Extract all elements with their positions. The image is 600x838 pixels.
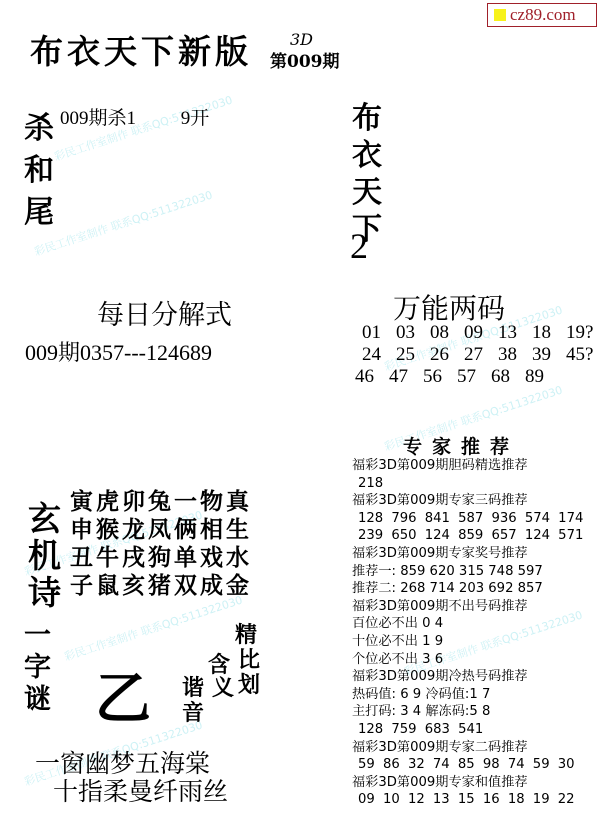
code: 39 — [532, 344, 566, 366]
two-codes-row: 46 47 56 57 68 89 — [355, 366, 600, 388]
vertical-number: 2 — [350, 225, 368, 267]
code: 56 — [423, 366, 457, 388]
code: 24 — [362, 344, 396, 366]
expert-line: 推荐一: 859 620 315 748 597 — [352, 563, 583, 581]
expert-line: 福彩3D第009期胆码精选推荐 — [352, 457, 583, 475]
riddle-hint: 音 — [182, 696, 204, 727]
expert-line: 热码值: 6 9 冷码值:1 7 — [352, 686, 583, 704]
poem-line: 十指柔曼纤雨丝 — [53, 778, 228, 806]
expert-line: 128 796 841 587 936 574 174 — [352, 510, 583, 528]
expert-line: 主打码: 3 4 解冻码:5 8 — [352, 703, 583, 721]
expert-list: 福彩3D第009期胆码精选推荐 218 福彩3D第009期专家三码推荐 128 … — [352, 457, 583, 809]
kill-label-char: 杀 — [24, 108, 60, 150]
code: 47 — [389, 366, 423, 388]
kill-line: 009期杀1 9开 — [60, 103, 249, 130]
two-codes-title: 万能两码 — [393, 287, 505, 327]
poem-line: 一窗幽梦五海棠 — [35, 750, 228, 778]
code: 03 — [396, 322, 430, 344]
code: 38 — [498, 344, 532, 366]
title-issue: 第009期 — [270, 47, 340, 72]
riddle-label-char: 谜 — [24, 684, 60, 716]
yellow-square-icon — [494, 9, 506, 21]
expert-line: 百位必不出 0 4 — [352, 615, 583, 633]
riddle-label-char: 一 — [24, 620, 60, 652]
vertical-title-char: 布 — [347, 100, 387, 137]
expert-line: 239 650 124 859 657 124 571 — [352, 527, 583, 545]
mystic-label-char: 玄 — [28, 500, 68, 537]
code: 01 — [362, 322, 396, 344]
mystic-poem-label: 玄 机 诗 — [28, 500, 68, 611]
expert-line: 福彩3D第009期专家奖号推荐 — [352, 545, 583, 563]
expert-line: 福彩3D第009期冷热号码推荐 — [352, 668, 583, 686]
page-title: 布衣天下新版 — [30, 26, 252, 73]
two-codes-grid: 01 03 08 09 13 18 19? 24 25 26 27 38 39 … — [362, 322, 600, 388]
expert-line: 个位必不出 3 6 — [352, 651, 583, 669]
daily-title: 每日分解式 — [97, 293, 232, 332]
expert-line: 128 759 683 541 — [352, 721, 583, 739]
expert-line: 59 86 32 74 85 98 74 59 30 — [352, 756, 583, 774]
code: 27 — [464, 344, 498, 366]
vertical-title-char: 天 — [347, 174, 387, 211]
code: 13 — [498, 322, 532, 344]
code: 46 — [355, 366, 389, 388]
daily-line: 009期0357---124689 — [25, 336, 212, 367]
expert-line: 福彩3D第009期不出号码推荐 — [352, 598, 583, 616]
mystic-poem-row: 申猴龙凤俩相生 — [70, 516, 252, 544]
riddle-label: 一 字 谜 — [24, 620, 60, 716]
code: 57 — [457, 366, 491, 388]
site-badge-text: cz89.com — [510, 5, 576, 25]
mystic-poem-row: 子鼠亥猪双成金 — [70, 572, 252, 600]
kill-label-char: 和 — [24, 150, 60, 192]
code: 89 — [525, 366, 559, 388]
expert-line: 福彩3D第009期专家和值推荐 — [352, 774, 583, 792]
riddle-character: 乙 — [95, 655, 151, 735]
code: 45? — [566, 344, 600, 366]
expert-line: 福彩3D第009期专家二码推荐 — [352, 739, 583, 757]
mystic-label-char: 诗 — [28, 574, 68, 611]
site-badge[interactable]: cz89.com — [487, 3, 597, 27]
mystic-poem-row: 丑牛戌狗单戏水 — [70, 544, 252, 572]
kill-vertical-label: 杀 和 尾 — [24, 108, 60, 234]
expert-line: 218 — [352, 475, 583, 493]
expert-line: 十位必不出 1 9 — [352, 633, 583, 651]
expert-line: 09 10 12 13 15 16 18 19 22 — [352, 791, 583, 809]
kill-issue: 009期杀1 — [60, 108, 136, 129]
riddle-hint: 划 — [238, 668, 260, 699]
mystic-poem-text: 寅虎卯兔一物真 申猴龙凤俩相生 丑牛戌狗单戏水 子鼠亥猪双成金 — [70, 488, 252, 600]
code: 19? — [566, 322, 600, 344]
mystic-label-char: 机 — [28, 537, 68, 574]
vertical-title-char: 衣 — [347, 137, 387, 174]
mystic-poem-row: 寅虎卯兔一物真 — [70, 488, 252, 516]
code: 26 — [430, 344, 464, 366]
expert-line: 推荐二: 268 714 203 692 857 — [352, 580, 583, 598]
code: 18 — [532, 322, 566, 344]
poem: 一窗幽梦五海棠 十指柔曼纤雨丝 — [35, 750, 228, 806]
kill-open: 9开 — [181, 108, 210, 129]
code: 68 — [491, 366, 525, 388]
code: 09 — [464, 322, 498, 344]
two-codes-row: 01 03 08 09 13 18 19? — [362, 322, 600, 344]
kill-label-char: 尾 — [24, 192, 60, 234]
two-codes-row: 24 25 26 27 38 39 45? — [362, 344, 600, 366]
expert-title: 专家推荐 — [403, 432, 519, 459]
expert-line: 福彩3D第009期专家三码推荐 — [352, 492, 583, 510]
code: 08 — [430, 322, 464, 344]
riddle-hint: 义 — [212, 671, 234, 702]
code: 25 — [396, 344, 430, 366]
riddle-label-char: 字 — [24, 652, 60, 684]
